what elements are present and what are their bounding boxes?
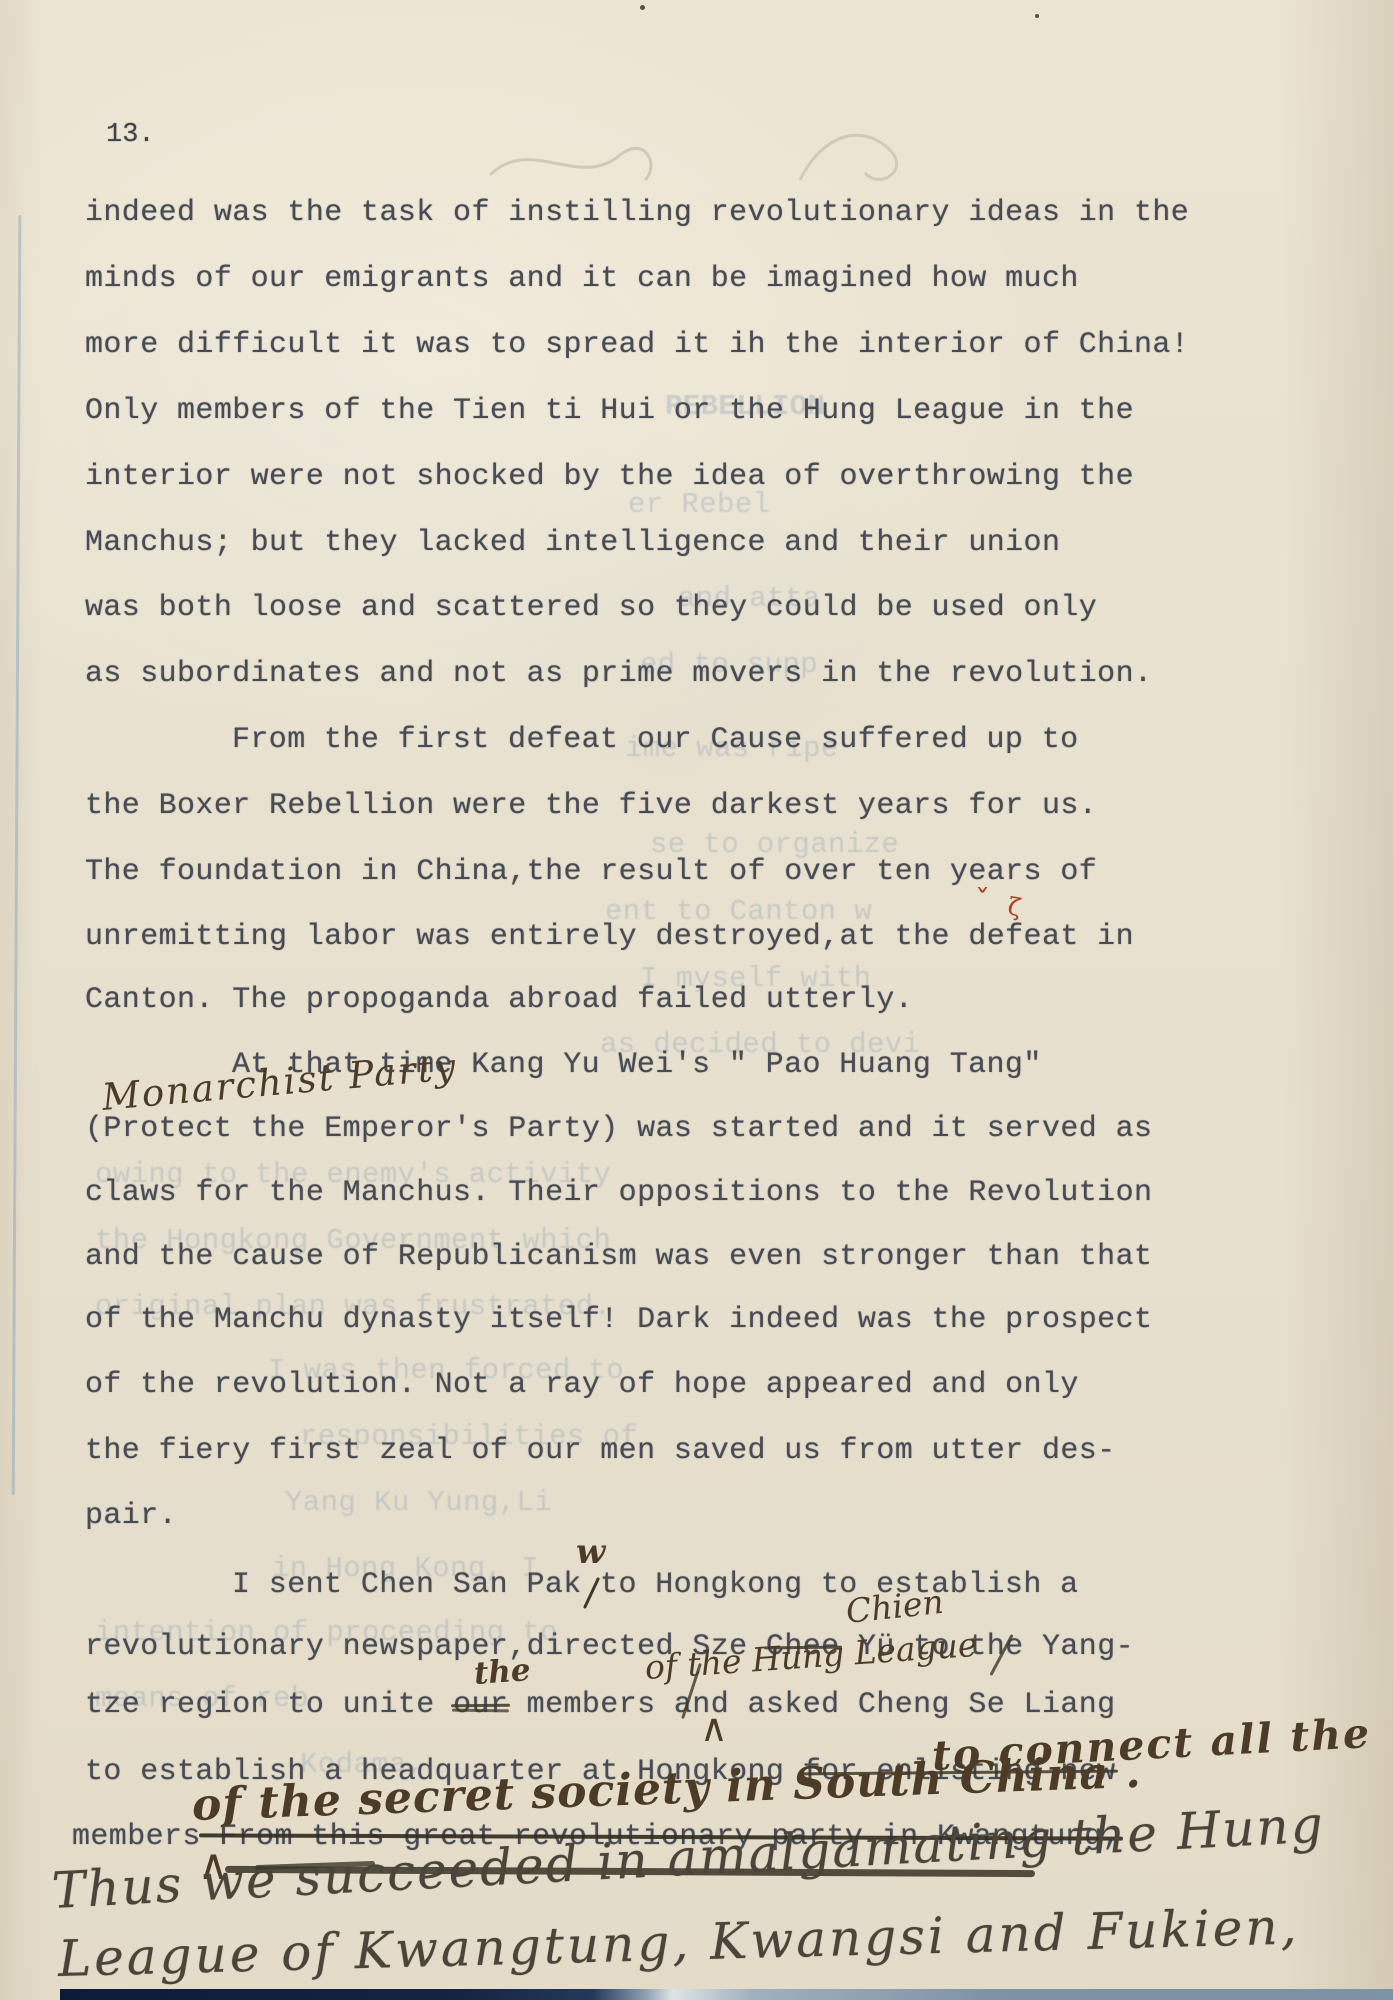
typed-line: the Boxer Rebellion were the five darkes…: [85, 789, 1097, 824]
paper-speck: [1035, 14, 1039, 18]
typed-line: From the first defeat our Cause suffered…: [232, 723, 1079, 758]
typed-line: Manchus; but they lacked intelligence an…: [85, 526, 1060, 561]
typed-line-with-edit: tze region to unite our members and aske…: [85, 1688, 1116, 1723]
handwritten-correction-the: the: [473, 1652, 532, 1692]
typed-line: I sent Chen San Pak to Hongkong to estab…: [232, 1568, 1079, 1603]
typed-line: and the cause of Republicanism was even …: [85, 1240, 1152, 1275]
typed-line: more difficult it was to spread it ih th…: [85, 328, 1189, 363]
insertion-caret: ∧: [700, 1706, 728, 1750]
typed-line: the fiery first zeal of our men saved us…: [85, 1434, 1116, 1469]
typed-line: interior were not shocked by the idea of…: [85, 460, 1134, 495]
typed-line: The foundation in China,the result of ov…: [85, 855, 1097, 890]
typed-line: Only members of the Tien ti Hui or the H…: [85, 394, 1134, 429]
page-number: 13.: [106, 120, 155, 150]
typed-segment: members: [72, 1820, 201, 1854]
typed-segment: members and asked Cheng Se Liang: [508, 1688, 1115, 1722]
typed-line: unremitting labor was entirely destroyed…: [85, 920, 1134, 955]
typed-line: was both loose and scattered so they cou…: [85, 591, 1097, 626]
typed-line: claws for the Manchus. Their oppositions…: [85, 1176, 1152, 1211]
blue-margin-line: [12, 215, 22, 1495]
ghost-text: Yang Ku Yung,Li: [285, 1486, 552, 1519]
typed-line: pair.: [85, 1499, 177, 1534]
scan-edge-strip: [60, 1989, 1393, 2000]
struck-text: our: [453, 1688, 508, 1723]
document-page: REBELLION er Rebel and atta ed to supp i…: [0, 0, 1393, 2000]
typed-line: indeed was the task of instilling revolu…: [85, 196, 1189, 231]
paper-speck: [640, 5, 645, 10]
red-pen-mark-caret: ˇ: [975, 884, 990, 919]
typed-line: Canton. The propoganda abroad failed utt…: [85, 983, 913, 1018]
red-pen-mark-squiggle: ζ: [1006, 892, 1024, 922]
typed-line: as subordinates and not as prime movers …: [85, 657, 1152, 692]
typed-line: (Protect the Emperor's Party) was starte…: [85, 1112, 1152, 1147]
typed-segment: tze region to unite: [85, 1688, 453, 1722]
typed-line: minds of our emigrants and it can be ima…: [85, 262, 1079, 297]
handwritten-insert-w: w: [576, 1532, 605, 1572]
typed-line: of the revolution. Not a ray of hope app…: [85, 1368, 1079, 1403]
typed-line: of the Manchu dynasty itself! Dark indee…: [85, 1303, 1152, 1338]
handwritten-closing-line-2: League of Kwangtung, Kwangsi and Fukien,: [57, 1898, 1300, 1988]
